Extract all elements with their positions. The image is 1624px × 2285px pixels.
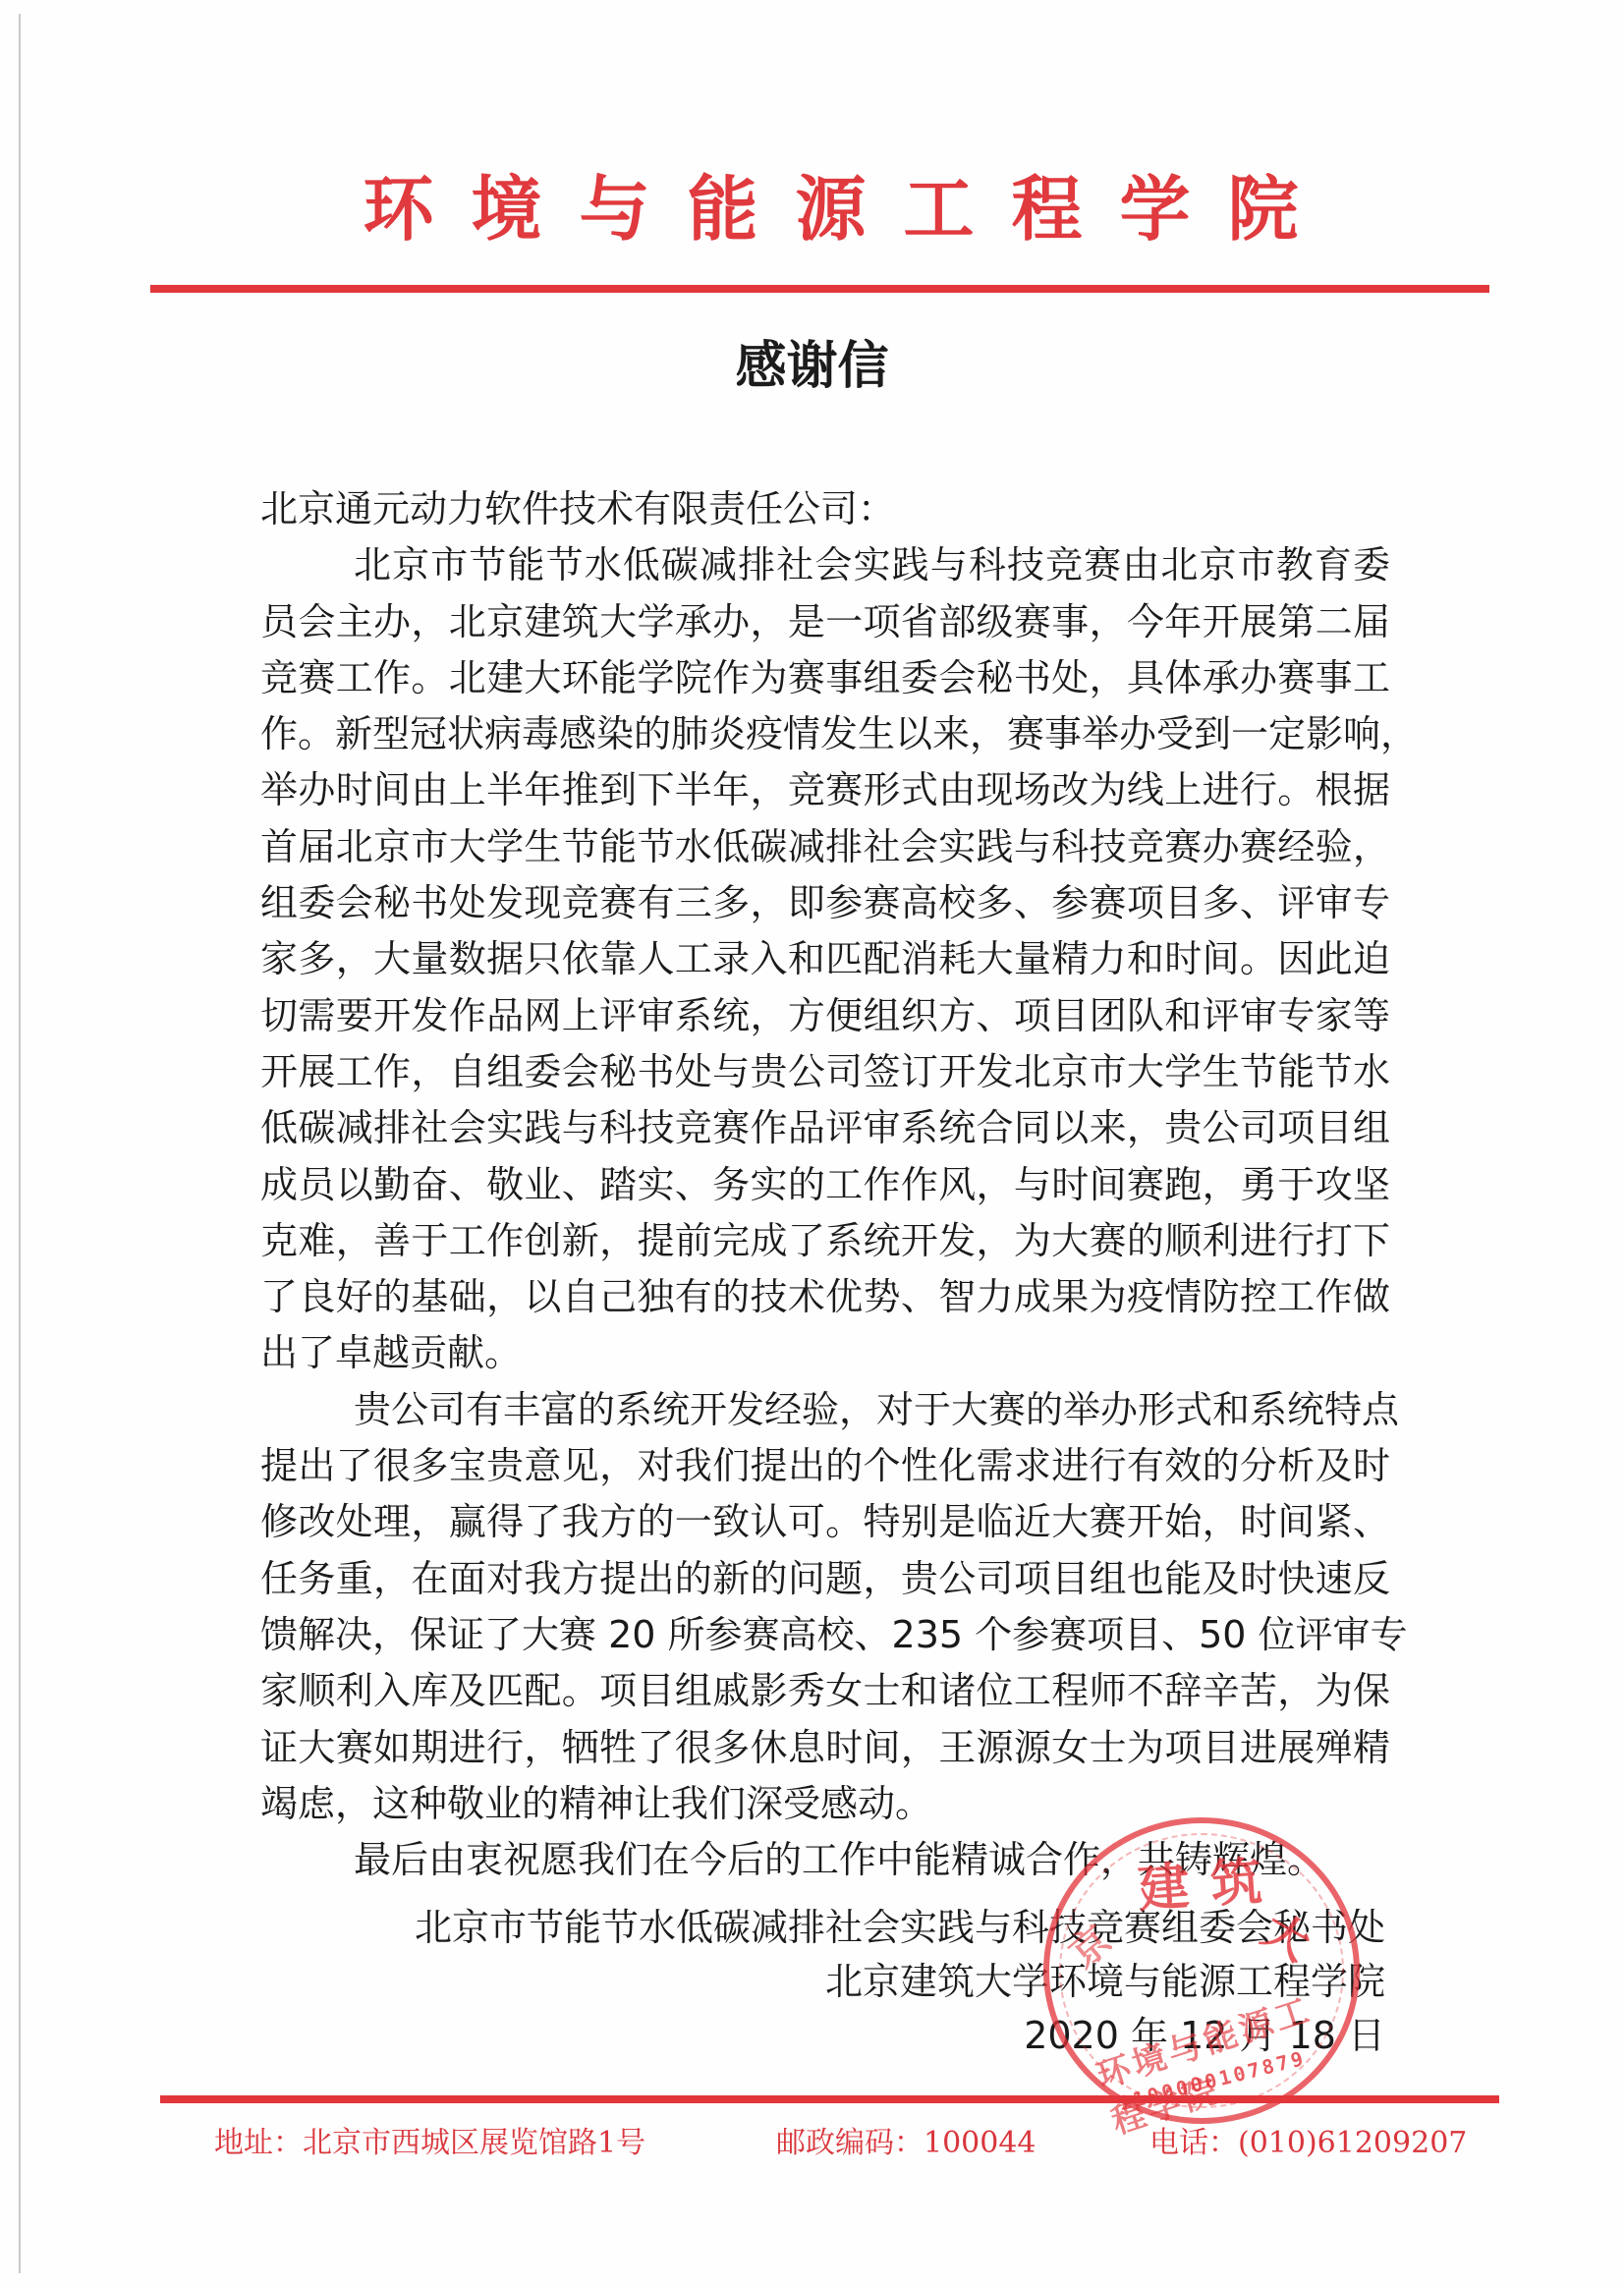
paragraph-1-line: 竞赛工作。北建大环能学院作为赛事组委会秘书处，具体承办赛事工 [260, 650, 1390, 706]
letter-body: 北京通元动力软件技术有限责任公司： 北京市节能节水低碳减排社会实践与科技竞赛由北… [260, 481, 1390, 1888]
signature-date: 2020 年 12 月 18 日 [415, 2009, 1385, 2063]
paragraph-1-line: 组委会秘书处发现竞赛有三多，即参赛高校多、参赛项目多、评审专 [260, 875, 1390, 931]
paragraph-2-line: 家顺利入库及匹配。项目组戚影秀女士和诸位工程师不辞辛苦，为保 [260, 1663, 1390, 1719]
paragraph-1-line: 作。新型冠状病毒感染的肺炎疫情发生以来，赛事举办受到一定影响， [260, 706, 1390, 762]
paragraph-1-line: 了良好的基础，以自己独有的技术优势、智力成果为疫情防控工作做 [260, 1269, 1390, 1325]
paragraph-2-line: 提出了很多宝贵意见，对我们提出的个性化需求进行有效的分析及时 [260, 1438, 1390, 1494]
footer-address: 地址：北京市西城区展览馆路1号 [214, 2124, 645, 2163]
paragraph-1-line: 举办时间由上半年推到下半年，竞赛形式由现场改为线上进行。根据 [260, 762, 1390, 818]
letter-page: 环境与能源工程学院 感谢信 北京通元动力软件技术有限责任公司： 北京市节能节水低… [0, 0, 1624, 2285]
paragraph-1-line: 低碳减排社会实践与科技竞赛作品评审系统合同以来，贵公司项目组 [260, 1100, 1390, 1156]
paragraph-1-line: 克难，善于工作创新，提前完成了系统开发，为大赛的顺利进行打下 [260, 1213, 1390, 1269]
paragraph-2-line: 贵公司有丰富的系统开发经验，对于大赛的举办形式和系统特点 [260, 1382, 1390, 1438]
paragraph-2-line: 馈解决，保证了大赛 20 所参赛高校、235 个参赛项目、50 位评审专 [260, 1607, 1390, 1663]
salutation: 北京通元动力软件技术有限责任公司： [260, 481, 1390, 537]
closing-line: 最后由衷祝愿我们在今后的工作中能精诚合作，共铸辉煌。 [260, 1832, 1390, 1888]
paragraph-1-line: 切需要开发作品网上评审系统，方便组织方、项目团队和评审专家等 [260, 988, 1390, 1044]
paragraph-2-line: 任务重，在面对我方提出的新的问题，贵公司项目组也能及时快速反 [260, 1551, 1390, 1607]
document-title: 感谢信 [0, 332, 1624, 401]
paragraph-1-line: 开展工作，自组委会秘书处与贵公司签订开发北京市大学生节能节水 [260, 1044, 1390, 1100]
footer-phone: 电话：(010)61209207 [1149, 2124, 1467, 2163]
signature-block: 北京市节能节水低碳减排社会实践与科技竞赛组委会秘书处 北京建筑大学环境与能源工程… [415, 1901, 1385, 2063]
paragraph-1-line: 首届北京市大学生节能节水低碳减排社会实践与科技竞赛办赛经验， [260, 819, 1390, 875]
paragraph-2-line: 修改处理，赢得了我方的一致认可。特别是临近大赛开始，时间紧、 [260, 1494, 1390, 1550]
paragraph-1-line: 北京市节能节水低碳减排社会实践与科技竞赛由北京市教育委 [260, 537, 1390, 593]
paragraph-1-line: 员会主办，北京建筑大学承办，是一项省部级赛事，今年开展第二届 [260, 594, 1390, 650]
paragraph-1-line: 家多，大量数据只依靠人工录入和匹配消耗大量精力和时间。因此迫 [260, 931, 1390, 987]
footer-divider [160, 2095, 1499, 2103]
signature-org-2: 北京建筑大学环境与能源工程学院 [415, 1955, 1385, 2009]
signature-org-1: 北京市节能节水低碳减排社会实践与科技竞赛组委会秘书处 [415, 1901, 1385, 1955]
footer-postcode: 邮政编码：100044 [776, 2124, 1036, 2163]
letterhead-divider [150, 285, 1489, 293]
paragraph-2-line: 竭虑，这种敬业的精神让我们深受感动。 [260, 1776, 1390, 1832]
paragraph-1-line: 成员以勤奋、敬业、踏实、务实的工作作风，与时间赛跑，勇于攻坚 [260, 1157, 1390, 1213]
paragraph-2-line: 证大赛如期进行，牺牲了很多休息时间，王源源女士为项目进展殚精 [260, 1720, 1390, 1776]
paragraph-1-line: 出了卓越贡献。 [260, 1325, 1390, 1381]
letterhead-title: 环境与能源工程学院 [0, 165, 1624, 253]
